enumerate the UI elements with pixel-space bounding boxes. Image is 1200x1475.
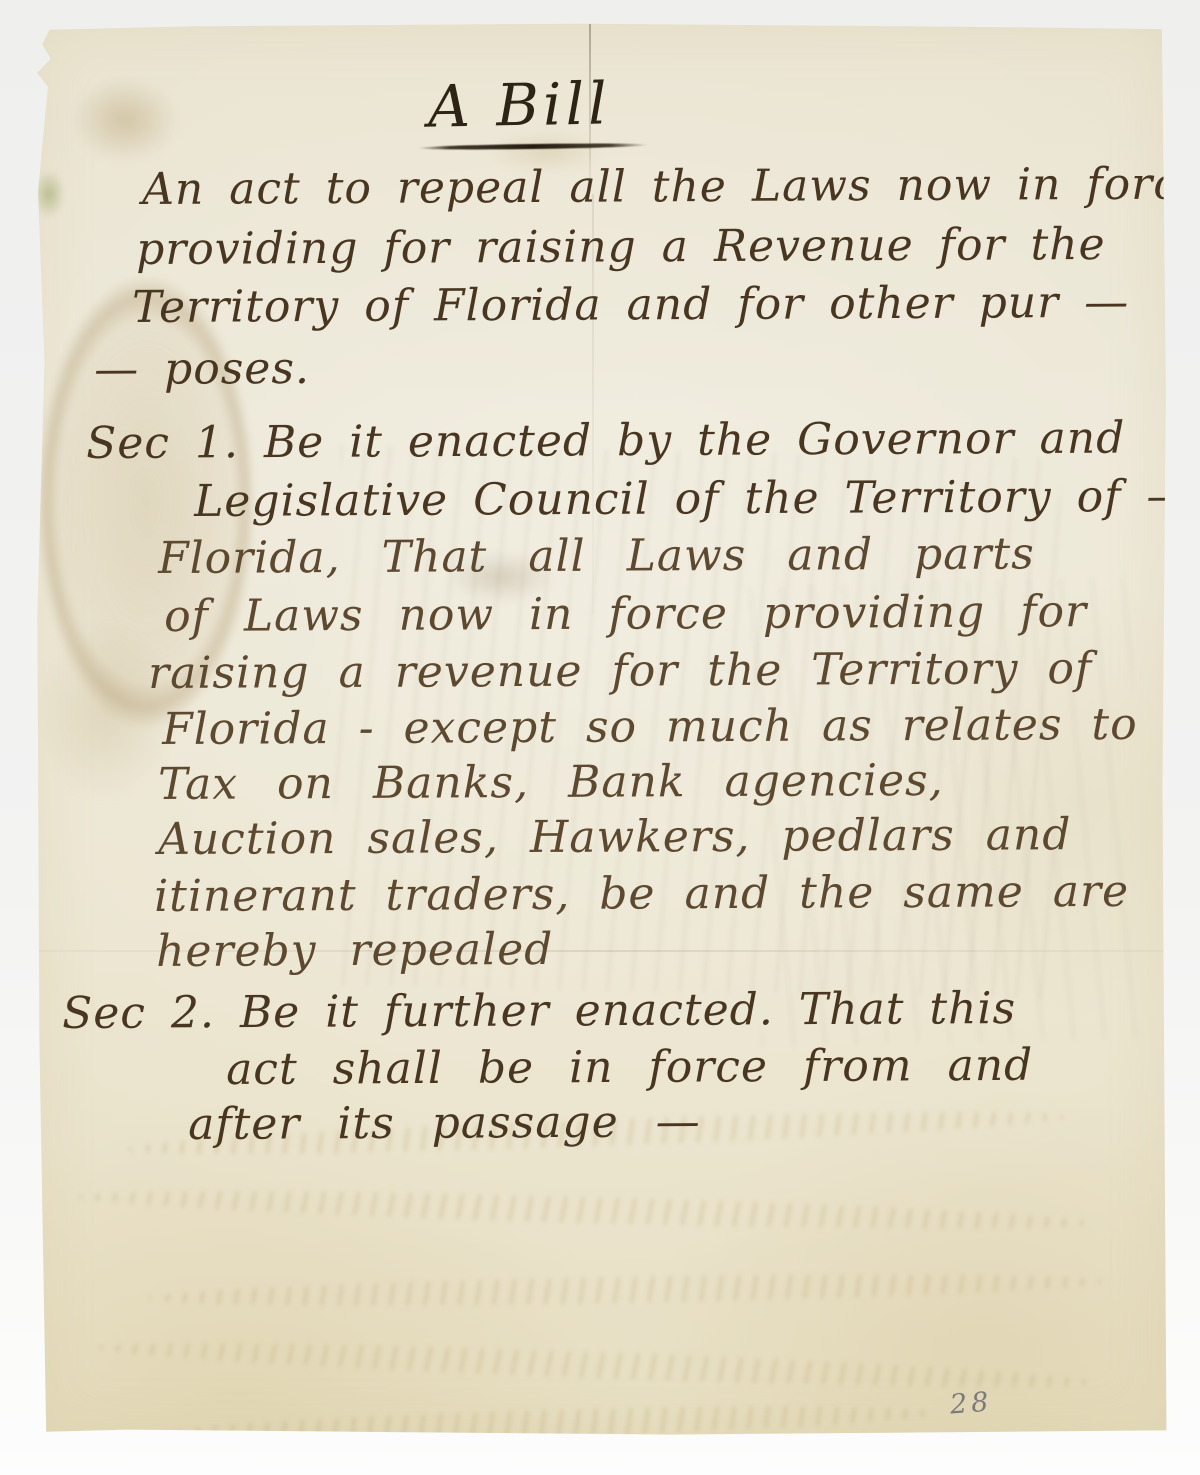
manuscript-line: Florida, That all Laws and parts bbox=[158, 532, 1035, 581]
page-number: 28 bbox=[949, 1387, 993, 1421]
manuscript-line: Florida - except so much as relates to bbox=[162, 703, 1138, 752]
manuscript-line: Territory of Florida and for other pur — bbox=[132, 281, 1129, 330]
manuscript-line: An act to repeal all the Laws now in for… bbox=[142, 162, 1200, 212]
scan-background: A Bill An act to repeal all the Laws now… bbox=[0, 0, 1200, 1475]
manuscript-line: itinerant traders, be and the same are bbox=[154, 870, 1129, 919]
bleedthrough-ghost-line bbox=[96, 1335, 1096, 1396]
bleedthrough-ghost-line bbox=[146, 1269, 1106, 1312]
bleedthrough-ghost-line bbox=[76, 1184, 1096, 1237]
manuscript-line: Sec 2. Be it further enacted. That this bbox=[62, 987, 1016, 1036]
manuscript-line: Tax on Banks, Bank agencies, bbox=[158, 759, 944, 807]
bleedthrough-ghost-line bbox=[176, 1400, 936, 1446]
manuscript-line: — poses. bbox=[94, 347, 310, 392]
manuscript-line: Auction sales, Hawkers, pedlars and bbox=[158, 813, 1072, 862]
manuscript-page: A Bill An act to repeal all the Laws now… bbox=[36, 22, 1167, 1436]
manuscript-line: act shall be in force from and bbox=[226, 1044, 1033, 1092]
manuscript-line: of Laws now in force providing for bbox=[164, 590, 1087, 639]
manuscript-line: after its passage — bbox=[188, 1100, 701, 1147]
manuscript-line: raising a revenue for the Territory of bbox=[148, 647, 1092, 696]
title-underline bbox=[418, 142, 648, 150]
manuscript-line: Sec 1. Be it enacted by the Governor and bbox=[86, 417, 1125, 466]
manuscript-line: hereby repealed bbox=[156, 928, 553, 974]
manuscript-line: Legislative Council of the Territory of … bbox=[194, 475, 1192, 524]
manuscript-line: providing for raising a Revenue for the bbox=[136, 223, 1106, 272]
document-title: A Bill bbox=[428, 74, 612, 135]
green-stain-edge bbox=[28, 162, 70, 226]
stain-top-left bbox=[50, 60, 200, 180]
